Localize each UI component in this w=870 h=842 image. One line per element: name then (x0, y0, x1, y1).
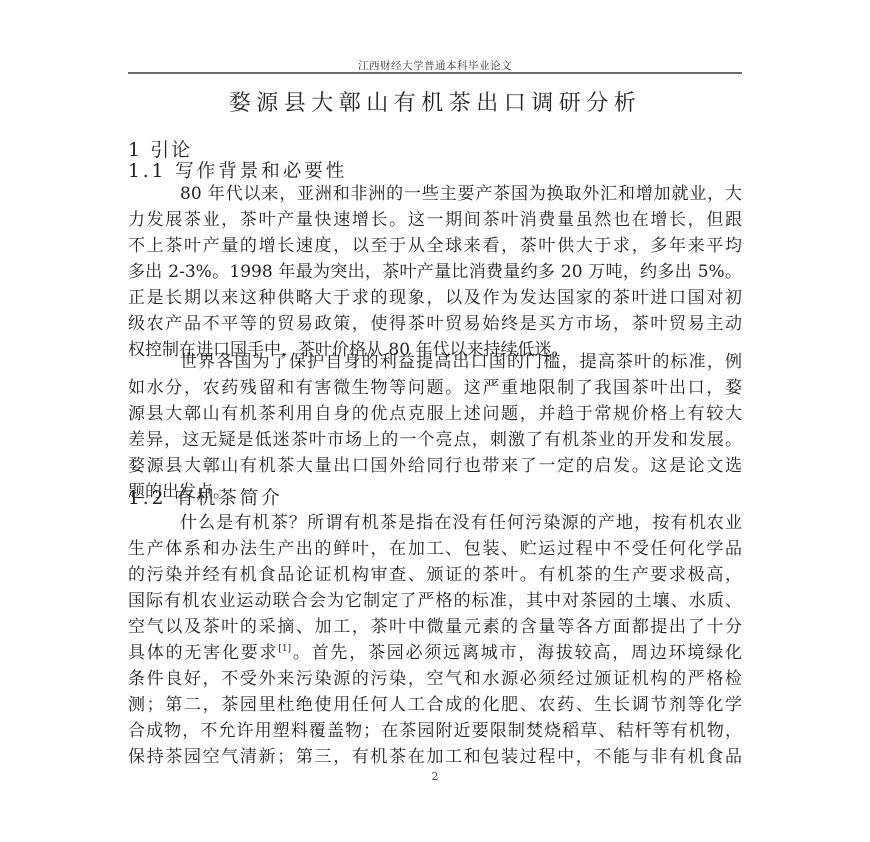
document-title: 婺源县大鄣山有机茶出口调研分析 (128, 90, 742, 118)
text-line: 世界各国为了保护自身的利益提高出口国的门槛，提高茶叶的标准，例 (128, 349, 742, 375)
text-line: 条件良好，不受外来污染源的污染，空气和水源必须经过颁证机构的严格检 (128, 666, 742, 692)
text-line: 什么是有机茶？所谓有机茶是指在没有任何污染源的产地，按有机农业 (128, 510, 742, 536)
text-line: 不上茶叶产量的增长速度，以至于从全球来看，茶叶供大于求，多年来平均 (128, 233, 742, 259)
text-line: 如水分，农药残留和有害微生物等问题。这严重地限制了我国茶叶出口，婺 (128, 375, 742, 401)
text-line: 正是长期以来这种供略大于求的现象，以及作为发达国家的茶叶进口国对初 (128, 285, 742, 311)
section-heading-1: 1 引论 (128, 138, 192, 162)
document-page: 江西财经大学普通本科毕业论文 婺源县大鄣山有机茶出口调研分析 1 引论 1.1 … (0, 0, 870, 842)
header-rule (128, 72, 742, 74)
text-line: 合成物，不允许用塑料覆盖物；在茶园附近要限制焚烧稻草、秸杆等有机物， (128, 718, 742, 744)
running-header: 江西财经大学普通本科毕业论文 (128, 60, 742, 72)
text-line: 级农产品不平等的贸易政策，使得茶叶贸易始终是买方市场，茶叶贸易主动 (128, 311, 742, 337)
paragraph-background-1: 80 年代以来，亚洲和非洲的一些主要产茶国为换取外汇和增加就业，大 力发展茶业，… (128, 181, 742, 363)
text-line: 测；第二，茶园里杜绝使用任何人工合成的化肥、农药、生长调节剂等化学 (128, 692, 742, 718)
paragraph-organic-tea-intro: 什么是有机茶？所谓有机茶是指在没有任何污染源的产地，按有机农业 生产体系和办法生… (128, 510, 742, 770)
text-line: 源县大鄣山有机茶利用自身的优点克服上述问题，并趋于常规价格上有较大 (128, 401, 742, 427)
paragraph-background-2: 世界各国为了保护自身的利益提高出口国的门槛，提高茶叶的标准，例 如水分，农药残留… (128, 349, 742, 505)
text-line: 生产体系和办法生产出的鲜叶，在加工、包装、贮运过程中不受任何化学品 (128, 536, 742, 562)
text-line-with-citation: 具体的无害化要求[1]。首先，茶园必须远离城市，海拔较高，周边环境绿化 (128, 640, 742, 666)
text-line: 空气以及茶叶的采摘、加工，茶叶中微量元素的含量等各方面都提出了十分 (128, 614, 742, 640)
citation-reference[interactable]: [1] (278, 644, 291, 654)
subsection-heading-1-2: 1.2 有机茶简介 (128, 487, 283, 511)
text-line: 的污染并经有机食品论证机构审查、颁证的茶叶。有机茶的生产要求极高， (128, 562, 742, 588)
text-segment: 。首先，茶园必须远离城市，海拔较高，周边环境绿化 (291, 643, 742, 663)
text-line: 力发展茶业，茶叶产量快速增长。这一期间茶叶消费量虽然也在增长，但跟 (128, 207, 742, 233)
text-line: 80 年代以来，亚洲和非洲的一些主要产茶国为换取外汇和增加就业，大 (128, 181, 742, 207)
text-segment: 具体的无害化要求 (128, 643, 278, 663)
text-line: 保持茶园空气清新；第三，有机茶在加工和包装过程中，不能与非有机食品 (128, 744, 742, 770)
text-line: 多出 2-3%。1998 年最为突出，茶叶产量比消费量约多 20 万吨，约多出 … (128, 259, 742, 285)
text-line: 婺源县大鄣山有机茶大量出口国外给同行也带来了一定的启发。这是论文选 (128, 453, 742, 479)
text-line: 差异，这无疑是低迷茶叶市场上的一个亮点，刺激了有机茶业的开发和发展。 (128, 427, 742, 453)
page-number: 2 (425, 770, 445, 783)
text-line: 国际有机农业运动联合会为它制定了严格的标准，其中对茶园的土壤、水质、 (128, 588, 742, 614)
